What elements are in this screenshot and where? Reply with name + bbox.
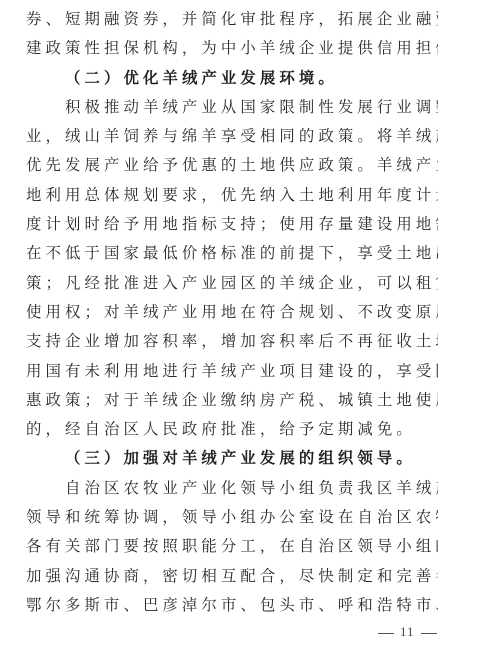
text-line: 用国有未利用地进行羊绒产业项目建设的，享受国家有关用地优 [26,357,438,386]
document-page: 券、短期融资券，并简化审批程序，拓展企业融资渠道。四是组 建政策性担保机构，为中… [26,5,438,620]
text-line: 的，经自治区人民政府批准，给予定期减免。 [26,415,438,444]
text-line: 支持企业增加容积率，增加容积率后不再征收土地出让价款，利 [26,327,438,356]
text-line: 度计划时给予用地指标支持；使用存量建设用地需要受让的，可 [26,210,438,239]
dash-right [421,633,437,634]
text-line: 业，绒山羊饲养与绵羊享受相同的政策。将羊绒产业作为自治区 [26,122,438,151]
text-line: 券、短期融资券，并简化审批程序，拓展企业融资渠道。四是组 [26,5,438,34]
text-line: 使用权；对羊绒产业用地在符合规划、不改变原用途的前提下， [26,298,438,327]
text-line: 策；凡经批准进入产业园区的羊绒企业，可以租赁方式取得土地 [26,269,438,298]
page-number: 11 [372,624,443,640]
text-line: 建政策性担保机构，为中小羊绒企业提供信用担保和融资服务。 [26,34,438,63]
text-line: 积极推动羊绒产业从国家限制性发展行业调整为鼓励发展行 [26,93,438,122]
text-line: 惠政策；对于羊绒企业缴纳房产税、城镇土地使用税确有困难 [26,386,438,415]
text-line: 各有关部门要按照职能分工，在自治区领导小组的统一领导下， [26,532,438,561]
text-line: 自治区农牧业产业化领导小组负责我区羊绒产业发展的组织 [26,474,438,503]
text-line: 在不低于国家最低价格标准的前提下，享受土地出让价优惠政 [26,239,438,268]
text-line: 优先发展产业给予优惠的土地供应政策。羊绒产业建设用地按土 [26,151,438,180]
text-line: 地利用总体规划要求，优先纳入土地利用年度计划，并在下达年 [26,181,438,210]
dash-left [378,633,394,634]
text-line: 鄂尔多斯市、巴彦淖尔市、包头市、呼和浩特市、阿拉善盟、赤 [26,591,438,620]
text-line: 加强沟通协商，密切相互配合，尽快制定和完善各项政策措施。 [26,562,438,591]
section-heading: （二）优化羊绒产业发展环境。 [26,64,438,93]
section-heading: （三）加强对羊绒产业发展的组织领导。 [26,444,438,473]
page-number-value: 11 [400,624,415,639]
text-line: 领导和统筹协调，领导小组办公室设在自治区农牧业厅。自治区 [26,503,438,532]
